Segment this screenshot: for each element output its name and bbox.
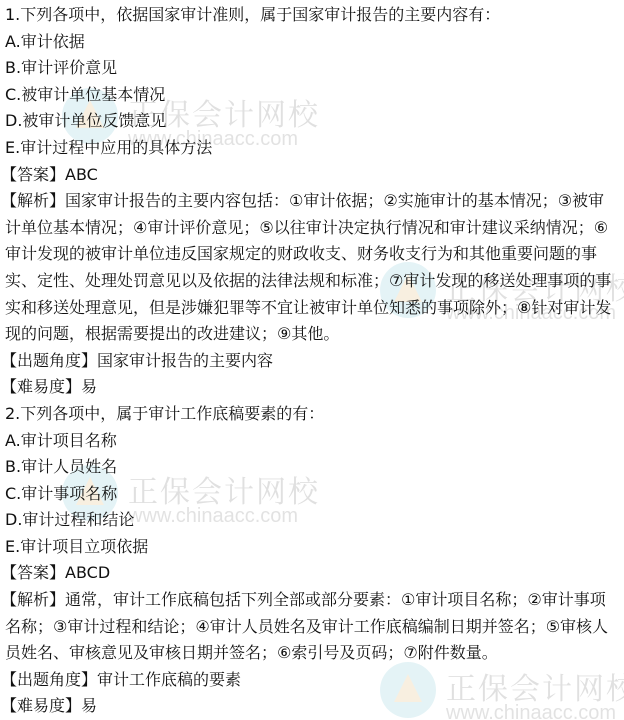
difficulty-row: 【难易度】易	[1, 374, 621, 401]
question-2: 2.下列各项中，属于审计工作底稿要素的有： A.审计项目名称 B.审计人员姓名 …	[5, 401, 621, 720]
angle-value: 审计工作底稿的要素	[97, 670, 241, 689]
difficulty-row: 【难易度】易	[1, 693, 621, 720]
answer-row: 【答案】ABCD	[1, 560, 621, 587]
answer-label: 【答案】	[1, 563, 65, 582]
angle-value: 国家审计报告的主要内容	[97, 351, 273, 370]
analysis-text: 通常，审计工作底稿包括下列全部或部分要素：①审计项目名称；②审计事项	[65, 590, 606, 609]
option-d: D.被审计单位反馈意见	[5, 108, 621, 135]
question-stem: 1.下列各项中，依据国家审计准则，属于国家审计报告的主要内容有：	[5, 2, 621, 29]
question-stem: 2.下列各项中，属于审计工作底稿要素的有：	[5, 401, 621, 428]
document: 1.下列各项中，依据国家审计准则，属于国家审计报告的主要内容有： A.审计依据 …	[5, 2, 621, 720]
analysis-line: 员姓名、审核意见及审核日期并签名；⑥索引号及页码；⑦附件数量。	[5, 640, 621, 667]
analysis-line: 【解析】国家审计报告的主要内容包括：①审计依据；②实施审计的基本情况；③被审	[1, 188, 621, 215]
analysis-line: 名称；③审计过程和结论；④审计人员姓名及审计工作底稿编制日期并签名；⑤审核人	[5, 614, 621, 641]
angle-row: 【出题角度】审计工作底稿的要素	[1, 667, 621, 694]
angle-label: 【出题角度】	[1, 670, 97, 689]
analysis: 【解析】国家审计报告的主要内容包括：①审计依据；②实施审计的基本情况；③被审 计…	[5, 188, 621, 348]
option-d: D.审计过程和结论	[5, 507, 621, 534]
option-e: E.审计过程中应用的具体方法	[5, 135, 621, 162]
analysis-line: 计单位基本情况；④审计评价意见；⑤以往审计决定执行情况和审计建议采纳情况；⑥	[5, 215, 621, 242]
analysis-line: 现的问题，根据需要提出的改进建议；⑨其他。	[5, 321, 621, 348]
option-a: A.审计项目名称	[5, 428, 621, 455]
angle-row: 【出题角度】国家审计报告的主要内容	[1, 348, 621, 375]
analysis-line: 审计发现的被审计单位违反国家规定的财政收支、财务收支行为和其他重要问题的事	[5, 241, 621, 268]
angle-label: 【出题角度】	[1, 351, 97, 370]
question-1: 1.下列各项中，依据国家审计准则，属于国家审计报告的主要内容有： A.审计依据 …	[5, 2, 621, 401]
analysis-line: 【解析】通常，审计工作底稿包括下列全部或部分要素：①审计项目名称；②审计事项	[1, 587, 621, 614]
difficulty-label: 【难易度】	[1, 377, 81, 396]
analysis: 【解析】通常，审计工作底稿包括下列全部或部分要素：①审计项目名称；②审计事项 名…	[5, 587, 621, 667]
analysis-label: 【解析】	[1, 191, 65, 210]
option-a: A.审计依据	[5, 29, 621, 56]
option-b: B.审计评价意见	[5, 55, 621, 82]
option-c: C.被审计单位基本情况	[5, 82, 621, 109]
answer-row: 【答案】ABC	[1, 162, 621, 189]
answer-value: ABC	[65, 165, 98, 184]
option-c: C.审计事项名称	[5, 481, 621, 508]
option-b: B.审计人员姓名	[5, 454, 621, 481]
option-e: E.审计项目立项依据	[5, 534, 621, 561]
difficulty-value: 易	[81, 377, 97, 396]
answer-label: 【答案】	[1, 165, 65, 184]
analysis-label: 【解析】	[1, 590, 65, 609]
analysis-line: 实和移送处理意见，但是涉嫌犯罪等不宜让被审计单位知悉的事项除外；⑧针对审计发	[5, 295, 621, 322]
difficulty-value: 易	[81, 696, 97, 715]
analysis-text: 国家审计报告的主要内容包括：①审计依据；②实施审计的基本情况；③被审	[65, 191, 604, 210]
analysis-line: 实、定性、处理处罚意见以及依据的法律法规和标准；⑦审计发现的移送处理事项的事	[5, 268, 621, 295]
difficulty-label: 【难易度】	[1, 696, 81, 715]
answer-value: ABCD	[65, 563, 110, 582]
